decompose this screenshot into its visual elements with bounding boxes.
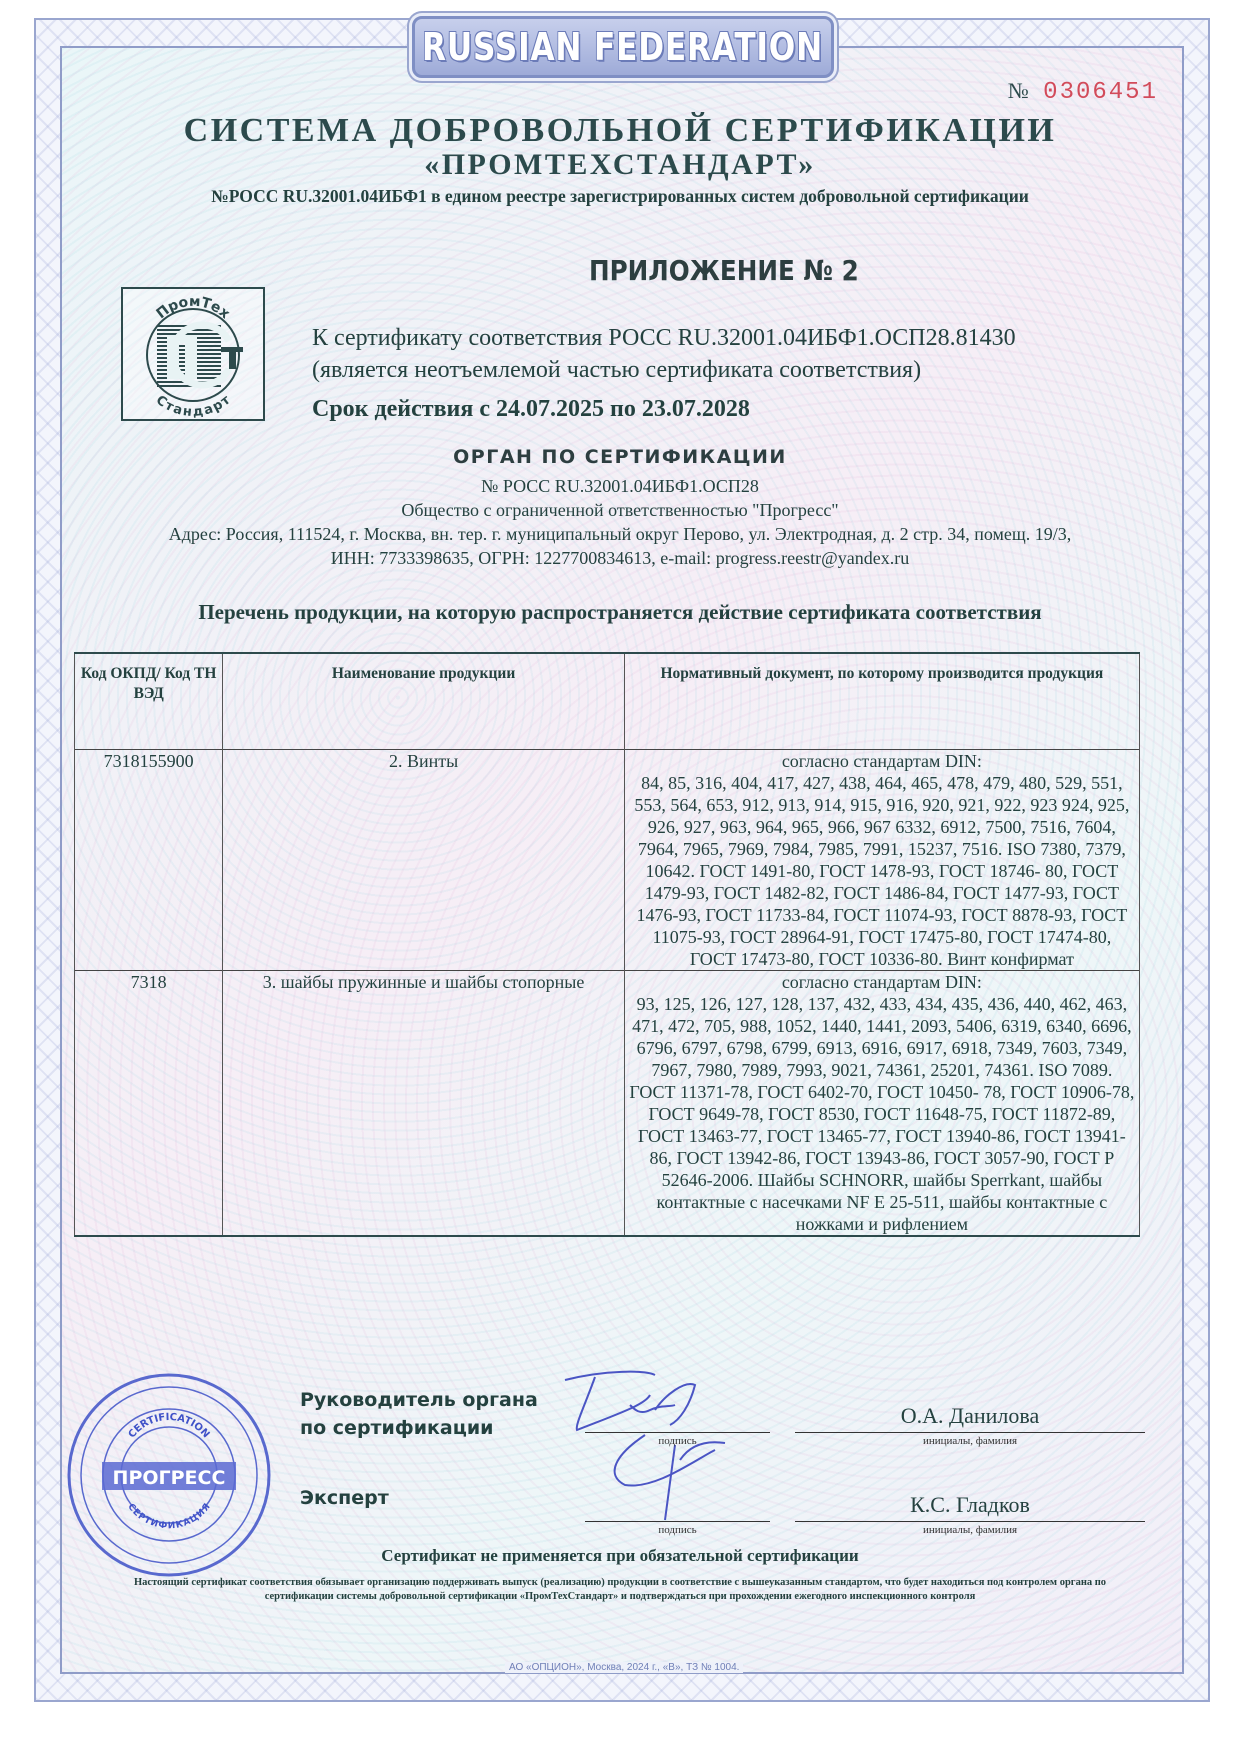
head-of-body-label: Руководитель органа по сертификации bbox=[300, 1386, 540, 1442]
table-header-row: Код ОКПД/ Код ТН ВЭД Наименование продук… bbox=[75, 653, 1140, 750]
cert-ref-note: (является неотъемлемой частью сертификат… bbox=[312, 354, 1016, 386]
product-list-title: Перечень продукции, на которую распростр… bbox=[0, 600, 1240, 625]
expert-name: К.С. Гладков bbox=[795, 1492, 1145, 1518]
banner-text: RUSSIAN FEDERATION bbox=[422, 25, 823, 69]
head-name: О.А. Данилова bbox=[795, 1403, 1145, 1429]
organ-ids: ИНН: 7733398635, ОГРН: 1227700834613, e-… bbox=[0, 548, 1240, 569]
product-document: согласно стандартам DIN: 84, 85, 316, 40… bbox=[624, 750, 1139, 971]
products-table: Код ОКПД/ Код ТН ВЭД Наименование продук… bbox=[74, 652, 1140, 1237]
head-signature-caption: подпись bbox=[585, 1435, 770, 1447]
product-document: согласно стандартам DIN: 93, 125, 126, 1… bbox=[624, 971, 1139, 1237]
table-row: 7318 3. шайбы пружинные и шайбы стопорны… bbox=[75, 971, 1140, 1237]
stamp-bottom-text: СЕРТИФИКАЦИЯ bbox=[125, 1502, 212, 1531]
expert-name-caption: инициалы, фамилия bbox=[795, 1524, 1145, 1536]
cert-ref-number: К сертификату соответствия РОСС RU.32001… bbox=[312, 322, 1016, 354]
expert-label: Эксперт bbox=[300, 1484, 389, 1512]
head-name-line bbox=[795, 1432, 1145, 1433]
product-code: 7318155900 bbox=[75, 750, 223, 971]
product-name: 3. шайбы пружинные и шайбы стопорные bbox=[223, 971, 624, 1237]
logo-top-text: ПромТех bbox=[153, 294, 232, 322]
logo-bottom-text: Стандарт bbox=[153, 393, 234, 419]
organ-address: Адрес: Россия, 111524, г. Москва, вн. те… bbox=[0, 524, 1240, 545]
validity-period: Срок действия с 24.07.2025 по 23.07.2028 bbox=[312, 396, 750, 423]
svg-text:СЕРТИФИКАЦИЯ: СЕРТИФИКАЦИЯ bbox=[125, 1502, 212, 1531]
stamp-center-text: ПРОГРЕСС bbox=[113, 1467, 226, 1489]
expert-signature-caption: подпись bbox=[585, 1524, 770, 1536]
document-intro: согласно стандартам DIN: bbox=[629, 750, 1135, 772]
expert-signature-line bbox=[585, 1521, 770, 1522]
svg-text:Стандарт: Стандарт bbox=[153, 393, 234, 419]
document-intro: согласно стандартам DIN: bbox=[629, 971, 1135, 993]
column-header-code: Код ОКПД/ Код ТН ВЭД bbox=[75, 653, 223, 750]
certificate-reference: К сертификату соответствия РОСС RU.32001… bbox=[312, 322, 1016, 386]
document-list: 93, 125, 126, 127, 128, 137, 432, 433, 4… bbox=[629, 993, 1135, 1235]
expert-name-line bbox=[795, 1521, 1145, 1522]
appendix-title: ПРИЛОЖЕНИЕ № 2 bbox=[589, 254, 859, 287]
printer-imprint: АО «ОПЦИОН», Москва, 2024 г., «В», ТЗ № … bbox=[505, 1662, 743, 1673]
svg-text:ПромТех: ПромТех bbox=[153, 294, 232, 322]
organ-name: Общество с ограниченной ответственностью… bbox=[0, 500, 1240, 521]
registry-line: №РОСС RU.32001.04ИБФ1 в едином реестре з… bbox=[0, 186, 1240, 207]
serial-value: 0306451 bbox=[1043, 79, 1158, 106]
serial-label: № bbox=[1008, 78, 1029, 103]
not-applied-notice: Сертификат не применяется при обязательн… bbox=[0, 1546, 1240, 1566]
fine-print: Настоящий сертификат соответствия обязыв… bbox=[110, 1576, 1130, 1604]
product-name: 2. Винты bbox=[223, 750, 624, 971]
promtekh-standart-logo-icon: ПромТех Стандарт bbox=[121, 287, 265, 421]
head-signature-line bbox=[585, 1432, 770, 1433]
table-row: 7318155900 2. Винты согласно стандартам … bbox=[75, 750, 1140, 971]
serial-number: № 0306451 bbox=[1008, 78, 1158, 106]
system-title: СИСТЕМА ДОБРОВОЛЬНОЙ СЕРТИФИКАЦИИ bbox=[0, 112, 1240, 150]
system-name: «ПРОМТЕХСТАНДАРТ» bbox=[0, 148, 1240, 182]
column-header-name: Наименование продукции bbox=[223, 653, 624, 750]
country-banner: RUSSIAN FEDERATION bbox=[412, 16, 834, 78]
organ-title: ОРГАН ПО СЕРТИФИКАЦИИ bbox=[0, 446, 1240, 468]
organ-number: № РОСС RU.32001.04ИБФ1.ОСП28 bbox=[0, 476, 1240, 497]
product-code: 7318 bbox=[75, 971, 223, 1237]
column-header-document: Нормативный документ, по которому произв… bbox=[624, 653, 1139, 750]
head-name-caption: инициалы, фамилия bbox=[795, 1435, 1145, 1447]
document-list: 84, 85, 316, 404, 417, 427, 438, 464, 46… bbox=[629, 772, 1135, 970]
